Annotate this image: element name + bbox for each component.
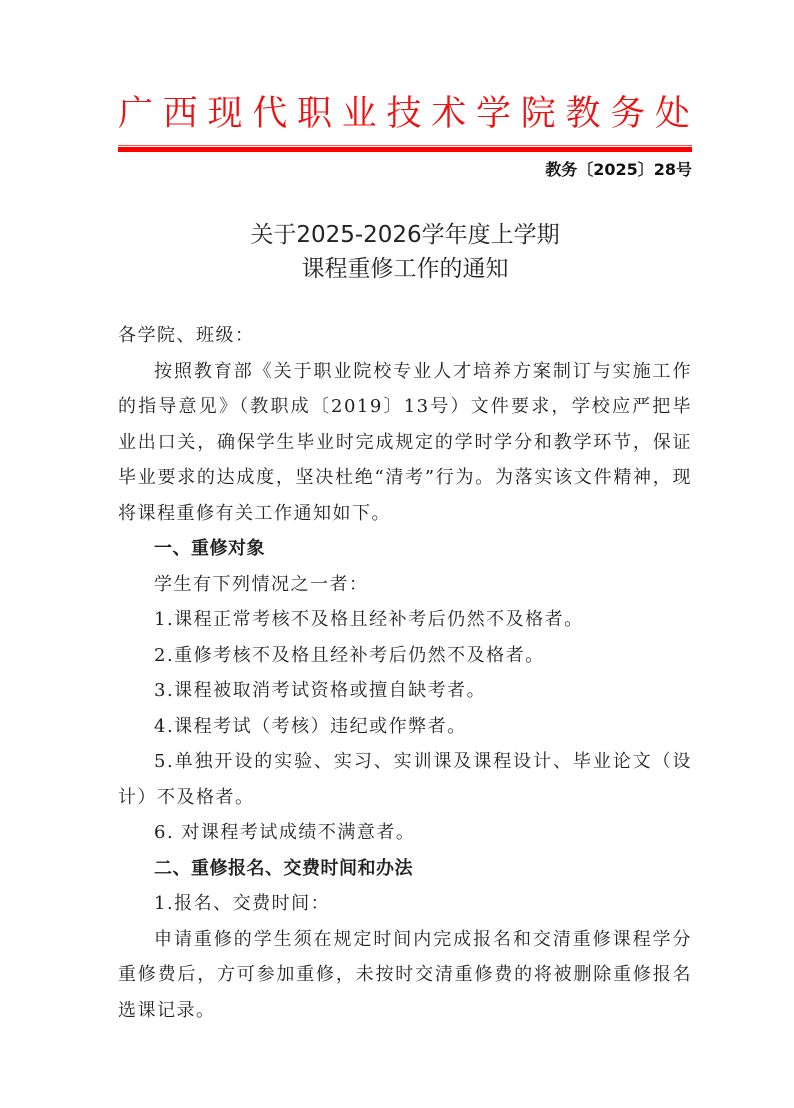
red-rule-thin-line bbox=[118, 145, 692, 146]
red-header-rule bbox=[118, 145, 692, 153]
document-body: 各学院、班级： 按照教育部《关于职业院校专业人才培养方案制订与实施工作的指导意见… bbox=[118, 318, 692, 1028]
organization-header: 广西现代职业技术学院教务处 bbox=[118, 92, 692, 136]
salutation: 各学院、班级： bbox=[118, 318, 692, 354]
section-2-paragraph: 申请重修的学生须在规定时间内完成报名和交清重修课程学分重修费后，方可参加重修，未… bbox=[118, 922, 692, 1029]
section-heading-2: 二、重修报名、交费时间和办法 bbox=[118, 851, 692, 887]
list-item: 1.课程正常考核不及格且经补考后仍然不及格者。 bbox=[118, 602, 692, 638]
section-2-subheading: 1.报名、交费时间： bbox=[118, 886, 692, 922]
intro-paragraph: 按照教育部《关于职业院校专业人才培养方案制订与实施工作的指导意见》（教职成〔20… bbox=[118, 354, 692, 532]
document-number: 教务〔2025〕28号 bbox=[545, 158, 692, 182]
red-rule-thick-line bbox=[118, 147, 692, 152]
section-1-lead: 学生有下列情况之一者： bbox=[118, 567, 692, 603]
document-title-line-2: 课程重修工作的通知 bbox=[118, 252, 692, 286]
document-title-line-1: 关于2025-2026学年度上学期 bbox=[118, 218, 692, 252]
document-title: 关于2025-2026学年度上学期 课程重修工作的通知 bbox=[118, 218, 692, 286]
list-item: 6. 对课程考试成绩不满意者。 bbox=[118, 815, 692, 851]
list-item: 3.课程被取消考试资格或擅自缺考者。 bbox=[118, 673, 692, 709]
list-item: 5.单独开设的实验、实习、实训课及课程设计、毕业论文（设计）不及格者。 bbox=[118, 744, 692, 815]
section-heading-1: 一、重修对象 bbox=[118, 531, 692, 567]
list-item: 4.课程考试（考核）违纪或作弊者。 bbox=[118, 709, 692, 745]
list-item: 2.重修考核不及格且经补考后仍然不及格者。 bbox=[118, 638, 692, 674]
